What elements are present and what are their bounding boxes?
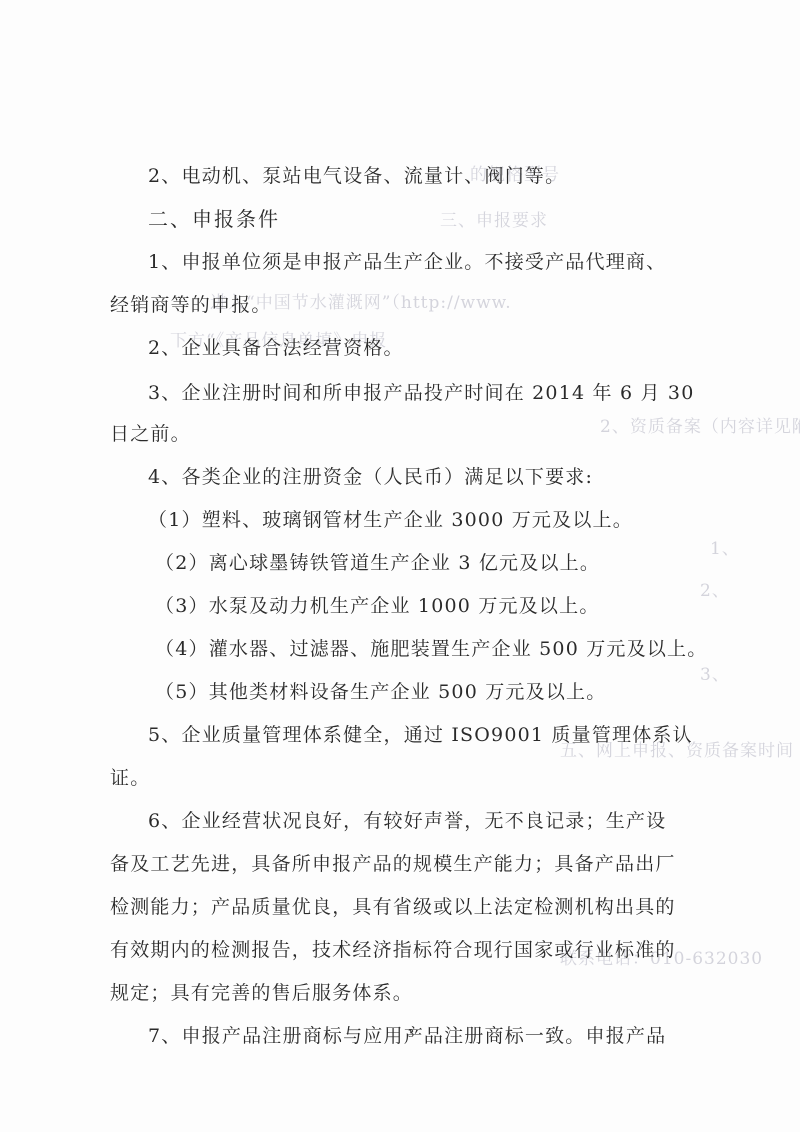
document-page: 的规格型号 三、申报要求 进入“中国节水灌溉网”（http://www. 下方“… bbox=[0, 0, 800, 1132]
condition-3-cont: 日之前。 bbox=[110, 421, 191, 447]
condition-5-cont: 证。 bbox=[110, 765, 150, 791]
bleed-through-text: 2、 bbox=[700, 576, 730, 601]
condition-1-cont: 经销商等的申报。 bbox=[110, 292, 272, 318]
condition-4-item-3: （3）水泵及动力机生产企业 1000 万元及以上。 bbox=[155, 593, 600, 619]
condition-1: 1、申报单位须是申报产品生产企业。不接受产品代理商、 bbox=[148, 249, 666, 275]
condition-4-item-1: （1）塑料、玻璃钢管材生产企业 3000 万元及以上。 bbox=[148, 507, 633, 533]
condition-6-cont-2: 检测能力；产品质量优良，具有省级或以上法定检测机构出具的 bbox=[110, 894, 676, 920]
section-heading-application-conditions: 二、申报条件 bbox=[148, 206, 280, 232]
condition-4-item-2: （2）离心球墨铸铁管道生产企业 3 亿元及以上。 bbox=[155, 550, 600, 576]
condition-3: 3、企业注册时间和所申报产品投产时间在 2014 年 6 月 30 bbox=[148, 380, 695, 406]
condition-6-cont-1: 备及工艺先进，具备所申报产品的规模生产能力；具备产品出厂 bbox=[110, 851, 676, 877]
bleed-through-text: 1、 bbox=[710, 534, 740, 559]
bleed-through-text: 三、申报要求 bbox=[440, 206, 548, 231]
condition-2: 2、企业具备合法经营资格。 bbox=[148, 335, 404, 361]
condition-6-cont-4: 规定；具有完善的售后服务体系。 bbox=[110, 980, 413, 1006]
condition-4-item-5: （5）其他类材料设备生产企业 500 万元及以上。 bbox=[155, 679, 606, 705]
list-item-2-equipment: 2、电动机、泵站电气设备、流量计、阀门等。 bbox=[148, 163, 565, 189]
bleed-through-text: 2、资质备案（内容详见附件1） bbox=[600, 412, 800, 437]
condition-4-item-4: （4）灌水器、过滤器、施肥装置生产企业 500 万元及以上。 bbox=[155, 636, 707, 662]
condition-5: 5、企业质量管理体系健全，通过 ISO9001 质量管理体系认 bbox=[148, 722, 693, 748]
condition-6-cont-3: 有效期内的检测报告，技术经济指标符合现行国家或行业标准的 bbox=[110, 937, 676, 963]
condition-6: 6、企业经营状况良好，有较好声誉，无不良记录；生产设 bbox=[148, 808, 666, 834]
page-number: 3 bbox=[408, 1026, 414, 1041]
bleed-through-text: 3、 bbox=[700, 660, 730, 685]
condition-4: 4、各类企业的注册资金（人民币）满足以下要求: bbox=[148, 464, 593, 490]
